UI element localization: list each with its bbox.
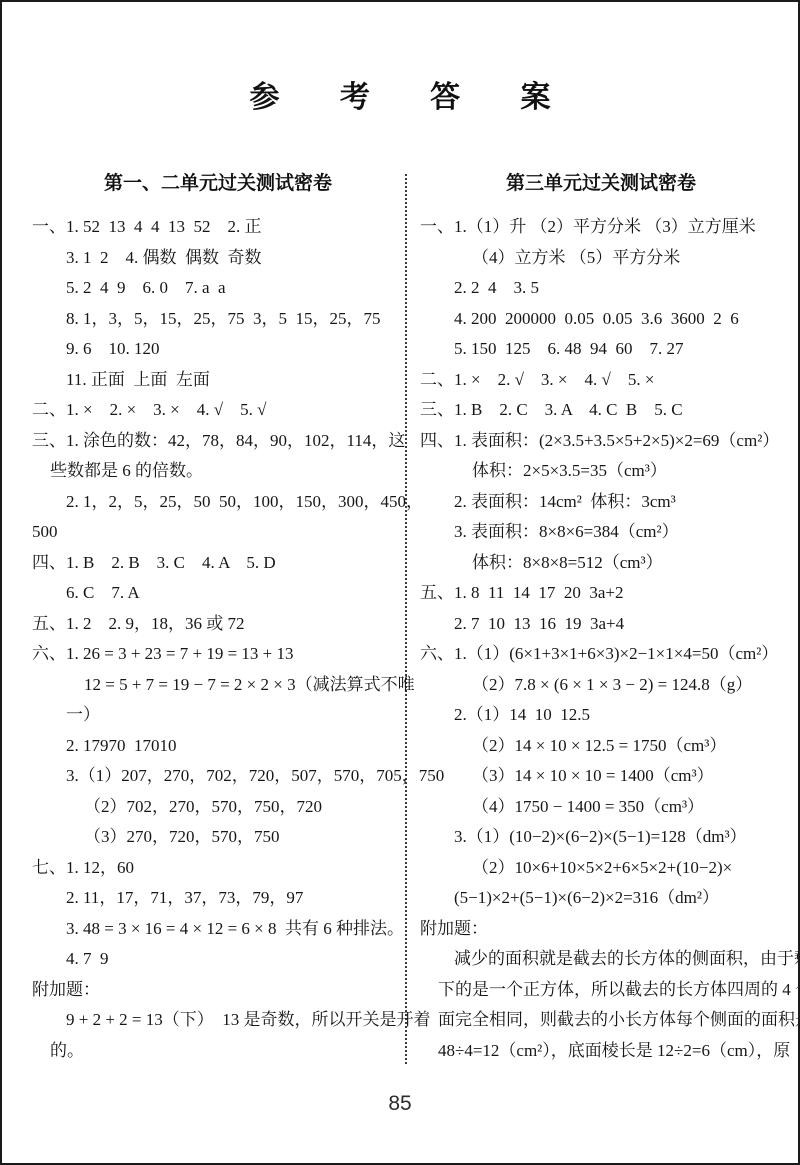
- answer-key-page: 参 考 答 案 第一、二单元过关测试密卷 一、1. 52 13 4 4 13 5…: [0, 0, 800, 1165]
- answer-line: 二、1. × 2. × 3. × 4. √ 5. √: [32, 395, 404, 426]
- answer-line: （2）10×6+10×5×2+6×5×2+(10−2)×: [420, 853, 782, 884]
- answer-line: 六、1. 26 = 3 + 23 = 7 + 19 = 13 + 13: [32, 639, 404, 670]
- answer-line: 三、1. B 2. C 3. A 4. C B 5. C: [420, 395, 782, 426]
- answer-line: 2. 1，2，5，25，50 50，100，150，300，450，: [32, 487, 404, 518]
- answer-line: （4）1750 − 1400 = 350（cm³）: [420, 792, 782, 823]
- answer-line: （3）14 × 10 × 10 = 1400（cm³）: [420, 761, 782, 792]
- answer-line: 一）: [32, 700, 404, 731]
- answer-line: 附加题：: [420, 914, 782, 945]
- answer-line: 3. 表面积：8×8×6=384（cm²）: [420, 517, 782, 548]
- answer-line: 五、1. 2 2. 9，18，36 或 72: [32, 609, 404, 640]
- left-column-header: 第一、二单元过关测试密卷: [32, 170, 404, 198]
- answer-line: 四、1. B 2. B 3. C 4. A 5. D: [32, 548, 404, 579]
- answer-line: （2）7.8 × (6 × 1 × 3 − 2) = 124.8（g）: [420, 670, 782, 701]
- answer-line: 2. 7 10 13 16 19 3a+4: [420, 609, 782, 640]
- answer-line: 一、1.（1）升 （2）平方分米 （3）立方厘米: [420, 212, 782, 243]
- answer-line: 9. 6 10. 120: [32, 334, 404, 365]
- answer-line: 七、1. 12，60: [32, 853, 404, 884]
- answer-line: 4. 7 9: [32, 944, 404, 975]
- answer-line: 5. 150 125 6. 48 94 60 7. 27: [420, 334, 782, 365]
- answer-line: 3.（1）207，270，702，720，507，570，705，750: [32, 761, 404, 792]
- answer-line: （2）14 × 10 × 12.5 = 1750（cm³）: [420, 731, 782, 762]
- answer-line: 六、1.（1）(6×1+3×1+6×3)×2−1×1×4=50（cm²）: [420, 639, 782, 670]
- answer-line: 11. 正面 上面 左面: [32, 365, 404, 396]
- answer-line: 三、1. 涂色的数：42，78，84，90，102，114，这: [32, 426, 404, 457]
- answer-line: 面完全相同，则截去的小长方体每个侧面的面积是: [420, 1005, 782, 1036]
- answer-line: (5−1)×2+(5−1)×(6−2)×2=316（dm²）: [420, 883, 782, 914]
- column-divider-dotted: [405, 174, 407, 1064]
- answer-line: 48÷4=12（cm²），底面棱长是 12÷2=6（cm），原: [420, 1036, 782, 1067]
- answer-line: 3.（1）(10−2)×(6−2)×(5−1)=128（dm³）: [420, 822, 782, 853]
- answer-line: 8. 1，3，5，15，25，75 3，5 15，25，75: [32, 304, 404, 335]
- answer-line: 3. 48 = 3 × 16 = 4 × 12 = 6 × 8 共有 6 种排法…: [32, 914, 404, 945]
- answer-line: 500: [32, 517, 404, 548]
- answer-line: 些数都是 6 的倍数。: [32, 456, 404, 487]
- answer-line: 6. C 7. A: [32, 578, 404, 609]
- answer-line: 2.（1）14 10 12.5: [420, 700, 782, 731]
- answer-line: 减少的面积就是截去的长方体的侧面积，由于剩: [420, 944, 782, 975]
- answer-line: 体积：8×8×8=512（cm³）: [420, 548, 782, 579]
- right-column-header: 第三单元过关测试密卷: [420, 170, 782, 198]
- answer-line: （3）270，720，570，750: [32, 822, 404, 853]
- right-answer-column: 第三单元过关测试密卷 一、1.（1）升 （2）平方分米 （3）立方厘米 （4）立…: [420, 170, 782, 1066]
- answer-line: 2. 表面积：14cm² 体积：3cm³: [420, 487, 782, 518]
- answer-line: 下的是一个正方体，所以截去的长方体四周的 4 个: [420, 975, 782, 1006]
- answer-line: 2. 17970 17010: [32, 731, 404, 762]
- answer-line: 2. 11，17，71，37，73，79，97: [32, 883, 404, 914]
- page-title: 参 考 答 案: [2, 72, 798, 116]
- answer-line: 附加题：: [32, 975, 404, 1006]
- answer-line: 一、1. 52 13 4 4 13 52 2. 正: [32, 212, 404, 243]
- answer-line: 的。: [32, 1036, 404, 1067]
- answer-line: 3. 1 2 4. 偶数 偶数 奇数: [32, 243, 404, 274]
- answer-line: 4. 200 200000 0.05 0.05 3.6 3600 2 6: [420, 304, 782, 335]
- answer-line: 2. 2 4 3. 5: [420, 273, 782, 304]
- page-number: 85: [2, 1092, 798, 1116]
- left-answer-column: 第一、二单元过关测试密卷 一、1. 52 13 4 4 13 52 2. 正 3…: [32, 170, 404, 1066]
- answer-line: 12 = 5 + 7 = 19 − 7 = 2 × 2 × 3（减法算式不唯: [32, 670, 404, 701]
- answer-line: 5. 2 4 9 6. 0 7. a a: [32, 273, 404, 304]
- answer-line: 五、1. 8 11 14 17 20 3a+2: [420, 578, 782, 609]
- answer-line: 9 + 2 + 2 = 13（下） 13 是奇数，所以开关是开着: [32, 1005, 404, 1036]
- answer-line: 体积：2×5×3.5=35（cm³）: [420, 456, 782, 487]
- answer-line: 四、1. 表面积：(2×3.5+3.5×5+2×5)×2=69（cm²）: [420, 426, 782, 457]
- answer-line: 二、1. × 2. √ 3. × 4. √ 5. ×: [420, 365, 782, 396]
- answer-line: （2）702，270，570，750，720: [32, 792, 404, 823]
- answer-line: （4）立方米 （5）平方分米: [420, 243, 782, 274]
